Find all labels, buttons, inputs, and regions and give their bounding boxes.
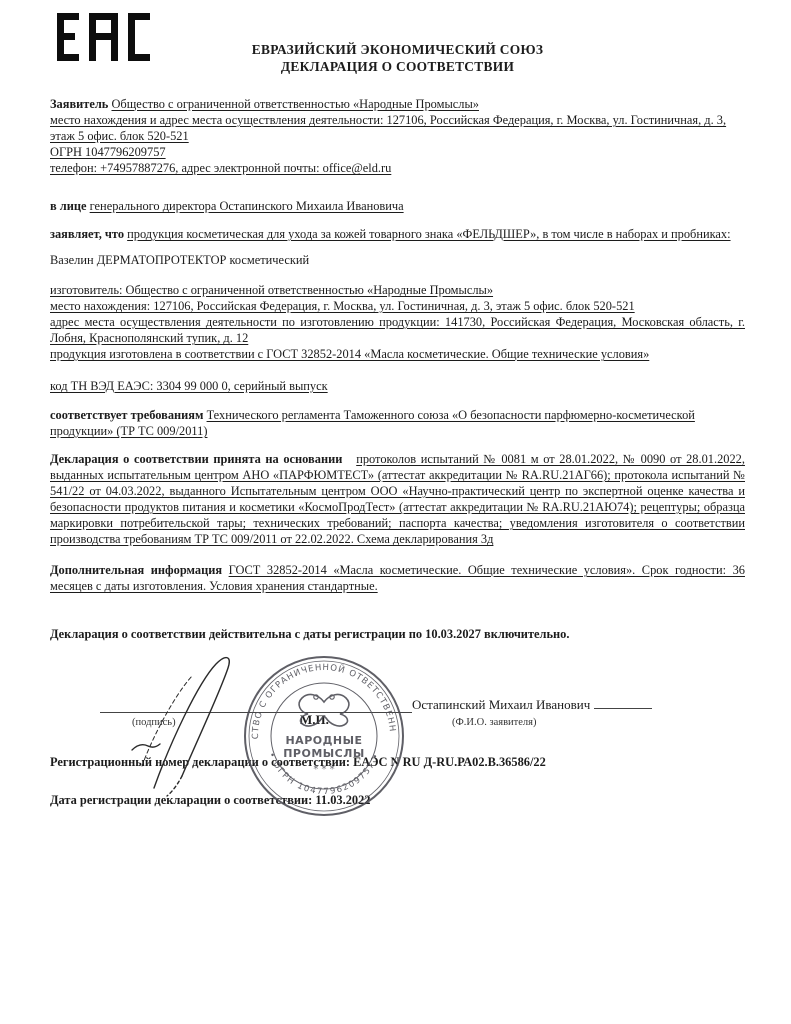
manufacturer-block: изготовитель: Общество с ограниченной от… <box>50 282 745 362</box>
additional-info-label: Дополнительная информация <box>50 563 222 577</box>
registration-number-label: Регистрационный номер декларации о соотв… <box>50 755 350 769</box>
applicant-address: место нахождения и адрес места осуществл… <box>50 112 745 144</box>
basis-label: Декларация о соответствии принята на осн… <box>50 452 342 466</box>
validity-line: Декларация о соответствии действительна … <box>50 626 745 642</box>
product-name: Вазелин ДЕРМАТОПРОТЕКТОР косметический <box>50 252 745 268</box>
representative-text: генерального директора Остапинского Миха… <box>90 199 404 213</box>
mp-seal-placeholder: М.П. <box>300 712 329 728</box>
declares-label: заявляет, что <box>50 227 124 241</box>
title-line-1: ЕВРАЗИЙСКИЙ ЭКОНОМИЧЕСКИЙ СОЮЗ <box>50 41 745 58</box>
registration-number-line: Регистрационный номер декларации о соотв… <box>50 754 745 770</box>
declarant-name-caption: (Ф.И.О. заявителя) <box>452 715 537 731</box>
compliance-paragraph: соответствует требованиям Технического р… <box>50 407 745 439</box>
signature-line <box>100 712 412 713</box>
applicant-name: Общество с ограниченной ответственностью… <box>111 97 479 111</box>
manufacturer-name: изготовитель: Общество с ограниченной от… <box>50 282 745 298</box>
manufacturer-production-address: адрес места осуществления деятельности п… <box>50 314 745 346</box>
representative-label: в лице <box>50 199 87 213</box>
title-line-2: ДЕКЛАРАЦИЯ О СООТВЕТСТВИИ <box>50 58 745 75</box>
applicant-block: Заявитель Общество с ограниченной ответс… <box>50 96 745 176</box>
compliance-label: соответствует требованиям <box>50 408 203 422</box>
eac-logo-icon <box>57 13 153 65</box>
registration-date-line: Дата регистрации декларации о соответств… <box>50 792 745 808</box>
tnved-code-line: код ТН ВЭД ЕАЭС: 3304 99 000 0, серийный… <box>50 378 745 394</box>
name-underline <box>594 697 652 709</box>
declaration-page: ЕВРАЗИЙСКИЙ ЭКОНОМИЧЕСКИЙ СОЮЗ ДЕКЛАРАЦИ… <box>0 0 791 1024</box>
manufacturer-gost: продукция изготовлена в соответствии с Г… <box>50 346 745 362</box>
registration-date-value: 11.03.2022 <box>315 793 370 807</box>
registration-footer: Регистрационный номер декларации о соотв… <box>50 754 745 808</box>
declarant-name: Остапинский Михаил Иванович <box>412 697 652 713</box>
basis-text: протоколов испытаний № 0081 м от 28.01.2… <box>50 452 745 546</box>
applicant-contacts: телефон: +74957887276, адрес электронной… <box>50 160 745 176</box>
declares-text: продукция косметическая для ухода за кож… <box>127 227 730 241</box>
declares-paragraph: заявляет, что продукция косметическая дл… <box>50 226 745 242</box>
applicant-label: Заявитель <box>50 97 108 111</box>
additional-info-paragraph: Дополнительная информация ГОСТ 32852-201… <box>50 562 745 594</box>
signature-zone: (подпись) Остапинский Михаил Иванович (Ф… <box>50 642 745 742</box>
document-title: ЕВРАЗИЙСКИЙ ЭКОНОМИЧЕСКИЙ СОЮЗ ДЕКЛАРАЦИ… <box>50 41 745 75</box>
representative-line: в лице генерального директора Остапинско… <box>50 198 745 214</box>
applicant-ogrn: ОГРН 1047796209757 <box>50 144 745 160</box>
registration-number-value: ЕАЭС N RU Д-RU.РА02.В.36586/22 <box>353 755 546 769</box>
registration-date-label: Дата регистрации декларации о соответств… <box>50 793 312 807</box>
manufacturer-address: место нахождения: 127106, Российская Фед… <box>50 298 745 314</box>
applicant-name-line: Заявитель Общество с ограниченной ответс… <box>50 96 745 112</box>
basis-paragraph: Декларация о соответствии принята на осн… <box>50 451 745 547</box>
signature-caption: (подпись) <box>132 715 176 731</box>
